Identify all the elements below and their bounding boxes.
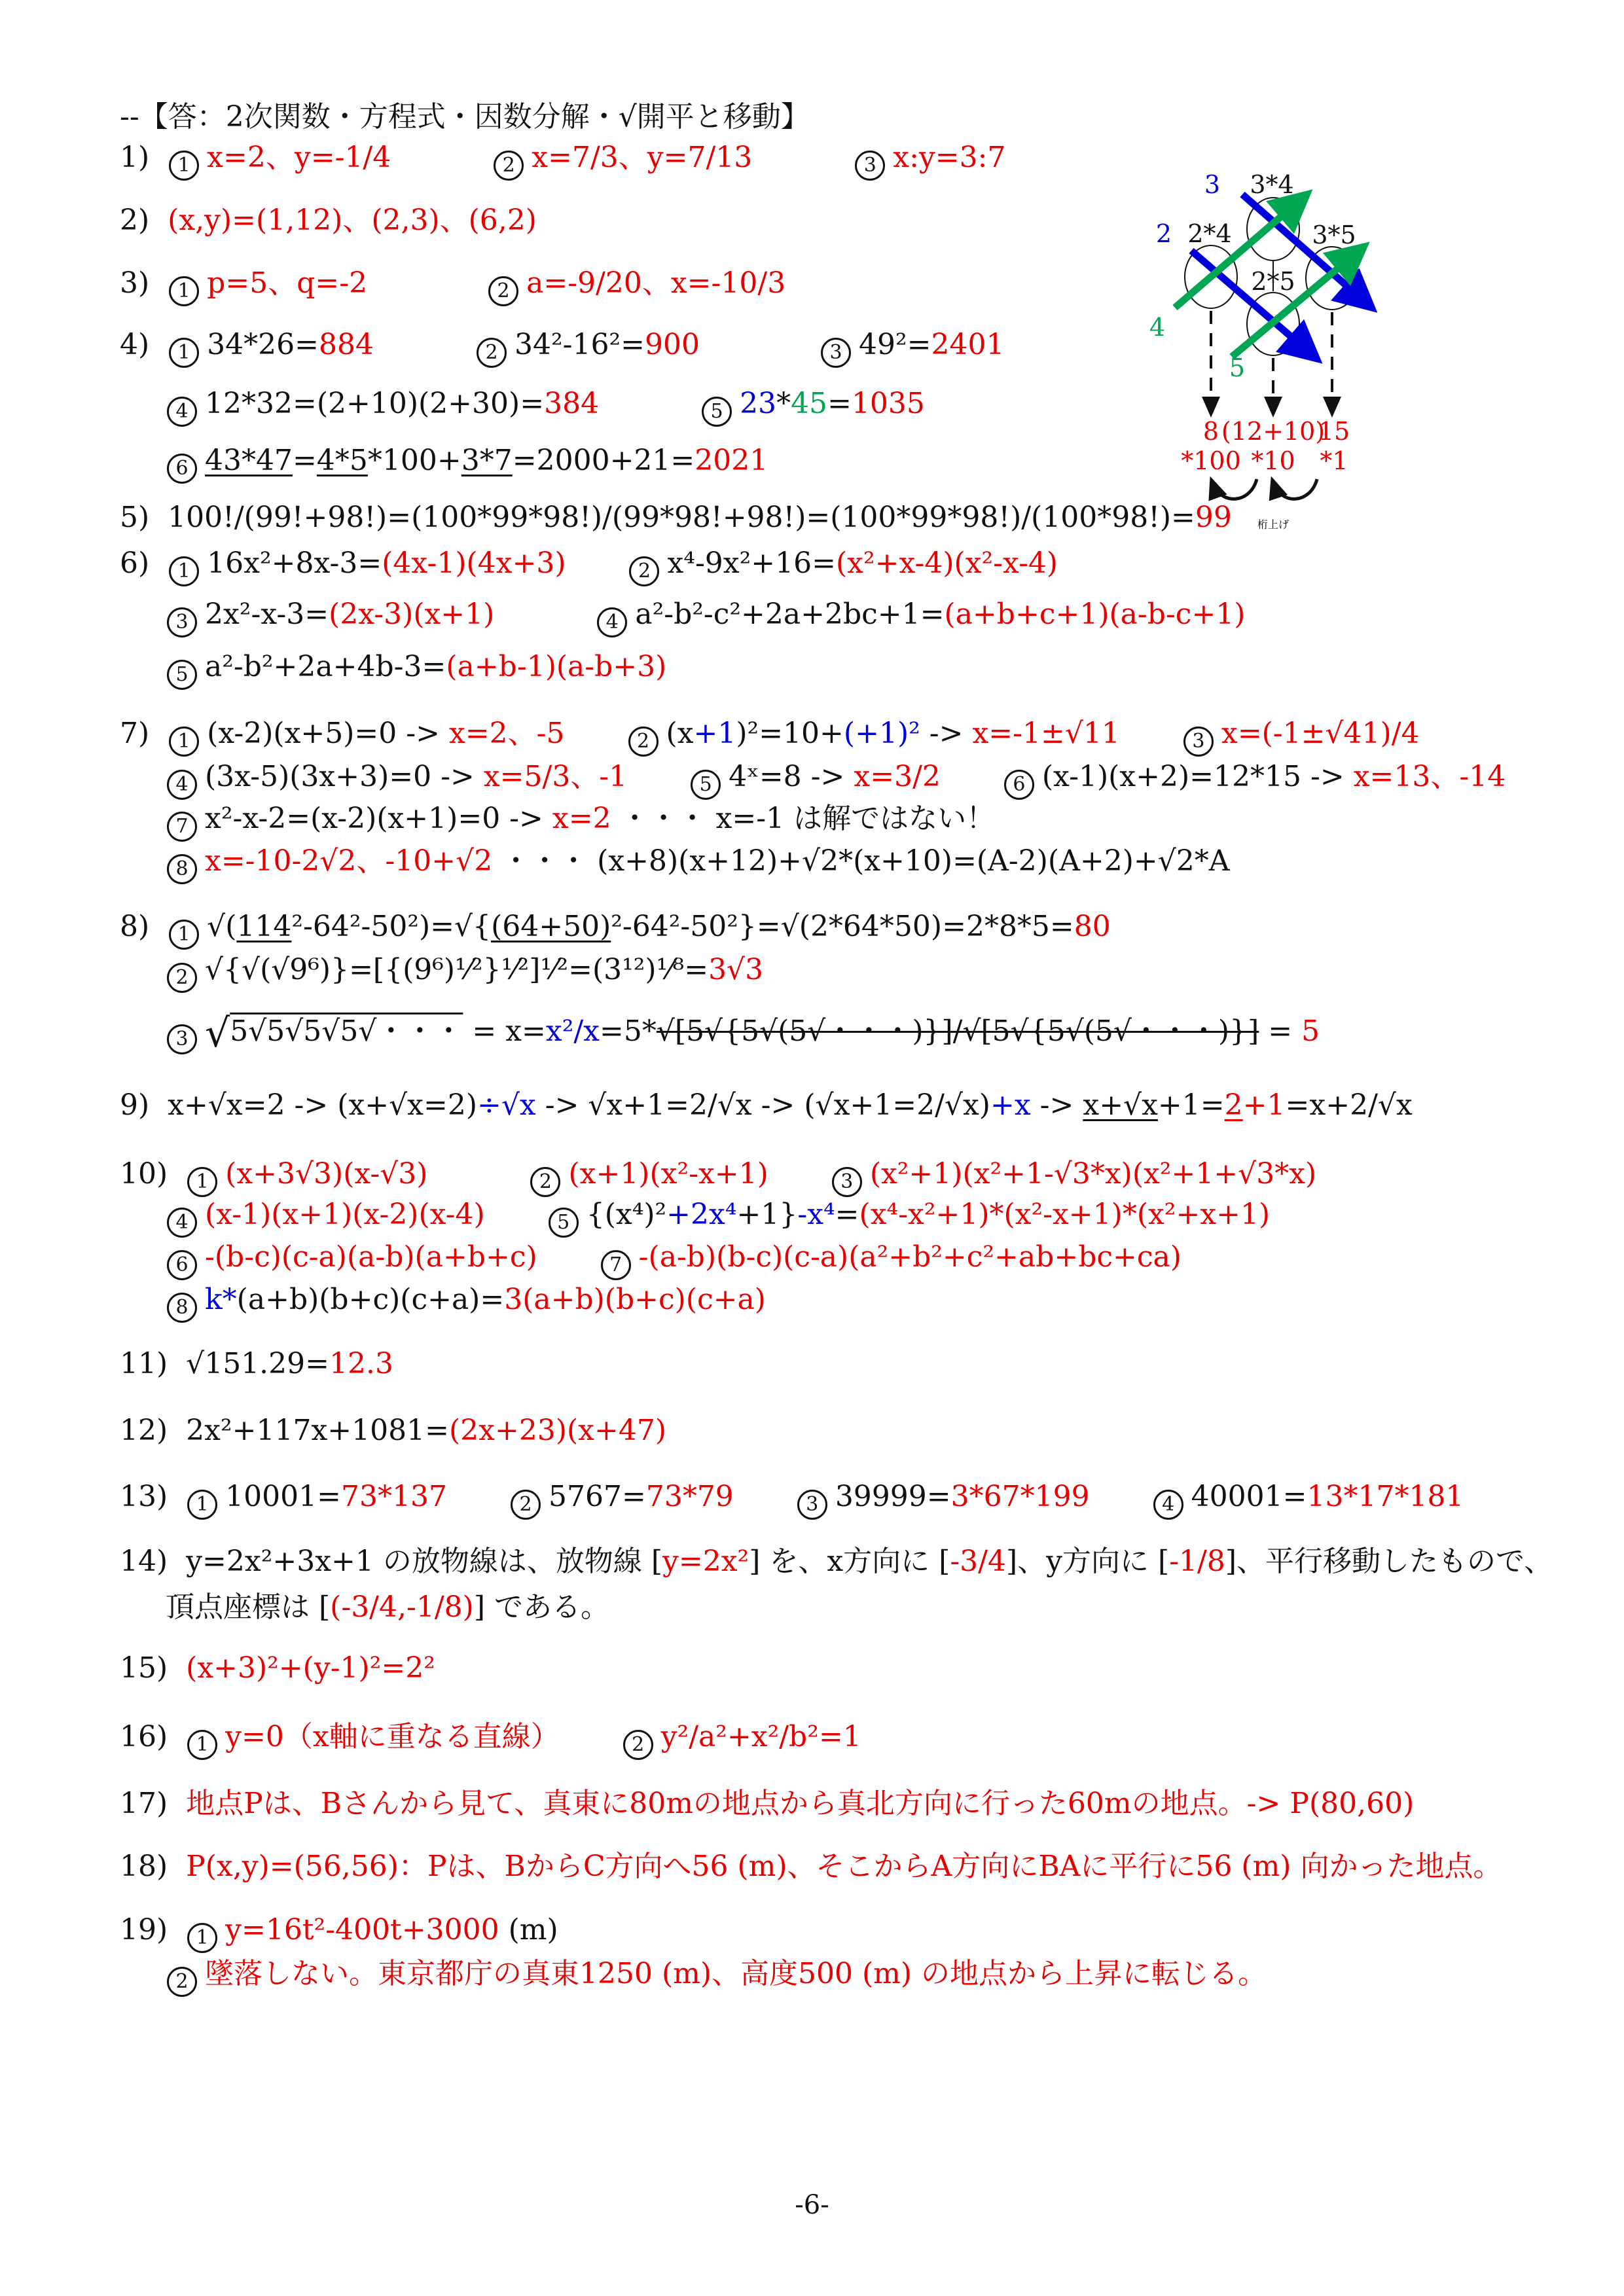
- diagram-blue-left-digit: 2: [1156, 219, 1172, 248]
- text-segment: *: [776, 387, 791, 420]
- circled-number: 1: [169, 151, 199, 181]
- circled-number: 2: [628, 726, 659, 757]
- circled-number: 2: [629, 556, 659, 586]
- text-segment: 1): [120, 141, 149, 174]
- circled-number: 1: [169, 338, 199, 368]
- answer-text: (x,y)=(1,12)、(2,3)、(6,2): [168, 204, 537, 237]
- text-segment: ²-64²-50²)=√{: [291, 910, 491, 943]
- text-segment: =x+2/√x: [1286, 1088, 1413, 1122]
- text-segment: =: [1259, 1014, 1301, 1048]
- circled-number: 2: [167, 1967, 197, 1997]
- answer-text: 3(a+b)(b+c)(c+a): [504, 1283, 766, 1316]
- diagram-blue-top-digit: 3: [1204, 170, 1220, 199]
- circled-number: 3: [167, 1024, 197, 1054]
- text-segment: 43*47: [205, 444, 293, 477]
- text-segment: ->: [920, 717, 973, 750]
- text-segment: 34*26=: [207, 328, 319, 361]
- text-segment: 7): [120, 717, 149, 750]
- answer-text: (a+b+c+1)(a-b-c+1): [945, 598, 1246, 631]
- text-segment: =: [827, 387, 852, 420]
- answer-row-15: 15)(x+3)²+(y-1)²=2²: [120, 1648, 435, 1689]
- answer-text: a=-9/20、x=-10/3: [526, 266, 785, 300]
- text-segment: +x: [990, 1088, 1031, 1122]
- carry-arrow-ones-to-tens: [1273, 479, 1317, 499]
- text-segment: 45: [791, 387, 827, 420]
- answer-row-9: 9)x+√x=2 -> (x+√x=2)÷√x -> √x+1=2/√x -> …: [120, 1085, 1413, 1126]
- answer-row-14: 14)y=2x²+3x+1 の放物線は、放物線 [y=2x²] を、x方向に […: [120, 1541, 1553, 1582]
- circled-number: 7: [601, 1250, 631, 1280]
- answer-text: 80: [1074, 910, 1111, 943]
- answer-text: 884: [319, 328, 374, 361]
- circled-number: 1: [169, 726, 199, 757]
- answer-text: x=2: [552, 802, 611, 835]
- answer-text: p=5、q=-2: [207, 266, 367, 300]
- circled-number: 2: [511, 1490, 541, 1520]
- answer-text: x=(-1±√41)/4: [1221, 717, 1420, 750]
- text-segment: √(: [207, 910, 236, 943]
- circled-number: 1: [187, 1923, 217, 1953]
- answer-text: x=3/2: [854, 760, 941, 793]
- answer-text: y=16t²-400t+3000: [225, 1913, 499, 1946]
- answer-text: 384: [544, 387, 599, 420]
- answer-text: 900: [645, 328, 700, 361]
- text-segment: 12*32=(2+10)(2+30)=: [205, 387, 544, 420]
- text-segment: x⁴-9x²+16=: [667, 547, 836, 580]
- answer-row-19: 2墜落しない。東京都庁の真東1250 (m)、高度500 (m) の地点から上昇…: [166, 1954, 1267, 1997]
- answer-text: x=-1±√11: [972, 717, 1119, 750]
- text-segment: 2): [120, 204, 149, 237]
- text-segment: 5): [120, 501, 149, 534]
- answer-text: -1/8: [1169, 1545, 1225, 1578]
- text-segment: ・・・ x=-1 は解ではない！: [611, 802, 996, 835]
- answer-text: -3/4: [950, 1545, 1006, 1578]
- circled-number: 6: [1004, 770, 1034, 800]
- answer-text: x=2、y=-1/4: [207, 141, 391, 174]
- answer-text: 12.3: [329, 1347, 393, 1380]
- text-segment: 2x²+117x+1081=: [186, 1414, 449, 1447]
- answer-text: 5: [1301, 1014, 1320, 1048]
- text-segment: 17): [120, 1787, 168, 1820]
- text-segment: -> √x+1=2/√x -> (√x+1=2/√x): [536, 1088, 990, 1122]
- answer-row-6: 5a²-b²+2a+4b-3=(a+b-1)(a-b+3): [166, 647, 666, 690]
- circled-number: 6: [167, 454, 197, 484]
- answer-text: +1: [1243, 1088, 1286, 1122]
- answer-text: P(x,y)=(56,56)：Pは、BからC方向へ56 (m)、そこからA方向に…: [186, 1850, 1502, 1883]
- answer-text: 地点Pは、Bさんから見て、真東に80mの地点から真北方向に行った60mの地点。-…: [186, 1787, 1414, 1820]
- text-segment: 3*7: [461, 444, 513, 477]
- answer-text: (a+b-1)(a-b+3): [446, 650, 666, 683]
- circled-number: 4: [167, 770, 197, 800]
- text-segment: ] である。: [474, 1590, 609, 1624]
- text-segment: =2000+21=: [513, 444, 695, 477]
- lattice-multiplication-diagram: 3 3*4 2 2*4 3*5 2*5 4 5 8 (12+10) 15 *10…: [1139, 160, 1506, 540]
- text-segment: 12): [120, 1414, 168, 1447]
- circled-number: 1: [187, 1730, 217, 1760]
- text-segment: 6): [120, 547, 149, 580]
- text-segment: 11): [120, 1347, 168, 1380]
- text-segment: ] を、x方向に [: [749, 1545, 950, 1578]
- text-segment: x+√x: [1083, 1088, 1158, 1122]
- text-segment: 3): [120, 266, 149, 300]
- circled-number: 1: [169, 920, 199, 950]
- text-segment: a²-b²-c²+2a+2bc+1=: [635, 598, 944, 631]
- diagram-place-hundreds: *100: [1181, 446, 1241, 475]
- text-segment: +1}: [736, 1198, 797, 1231]
- text-segment: 23: [740, 387, 776, 420]
- circled-number: 4: [1153, 1490, 1183, 1520]
- circled-number: 3: [167, 607, 197, 637]
- answer-text: y=2x²: [662, 1545, 749, 1578]
- text-segment: ]、平行移動したもので、: [1225, 1545, 1553, 1578]
- text-segment: +1: [694, 717, 736, 750]
- text-segment: +1=: [1158, 1088, 1225, 1122]
- text-segment: ²-64²-50²}=√(2*64*50)=2*8*5=: [611, 910, 1074, 943]
- answer-text: (x⁴-x²+1)*(x²-x+1)*(x²+x+1): [859, 1198, 1271, 1231]
- answer-text: (-3/4,-1/8): [330, 1590, 474, 1624]
- answer-row-6: 32x²-x-3=(2x-3)(x+1)4a²-b²-c²+2a+2bc+1=(…: [166, 594, 1245, 637]
- answer-text: x:y=3:7: [893, 141, 1005, 174]
- text-segment: 10001=: [225, 1480, 341, 1513]
- answer-row-18: 18)P(x,y)=(56,56)：Pは、BからC方向へ56 (m)、そこからA…: [120, 1846, 1502, 1887]
- text-segment: 5√5√5√5√・・・: [230, 1014, 463, 1048]
- text-segment: 4*5: [317, 444, 368, 477]
- answer-text: x=-10-2√2、-10+√2: [205, 844, 492, 878]
- answer-row-13: 13)110001=73*13725767=73*79339999=3*67*1…: [120, 1477, 1464, 1520]
- circled-number: 6: [167, 1250, 197, 1280]
- answer-row-4: 643*47=4*5*100+3*7=2000+21=2021: [166, 440, 768, 484]
- answer-row-10: 8k*(a+b)(b+c)(c+a)=3(a+b)(b+c)(c+a): [166, 1280, 766, 1323]
- diagram-place-ones: *1: [1320, 446, 1348, 475]
- answer-row-5: 5)100!/(99!+98!)=(100*99*98!)/(99*98!+98…: [120, 497, 1232, 538]
- text-segment: 15): [120, 1651, 168, 1685]
- text-segment: 頂点座標は [: [166, 1590, 330, 1624]
- text-segment: ]、y方向に [: [1006, 1545, 1169, 1578]
- answer-row-11: 11)√151.29=12.3: [120, 1344, 393, 1384]
- text-segment: = x=: [463, 1014, 546, 1048]
- text-segment: a²-b²+2a+4b-3=: [205, 650, 446, 683]
- circled-number: 2: [623, 1730, 653, 1760]
- circled-number: 4: [167, 1208, 197, 1238]
- text-segment: (+1)²: [844, 717, 920, 750]
- answer-row-4: 4)134*26=884234²-16²=900349²=2401: [120, 325, 1004, 368]
- answer-text: -(a-b)(b-c)(c-a)(a²+b²+c²+ab+bc+ca): [639, 1240, 1182, 1274]
- text-segment: (64+50): [491, 910, 611, 943]
- text-segment: 40001=: [1191, 1480, 1307, 1513]
- text-segment: (x-1)(x+2)=12*15 ->: [1042, 760, 1354, 793]
- answer-text: 3*67*199: [951, 1480, 1090, 1513]
- diagram-carry-label: 桁上げ: [1257, 518, 1289, 531]
- circled-number: 2: [167, 963, 197, 993]
- text-segment: √[5√{5√(5√・・・)}]/√[5√{5√(5√・・・)}]: [657, 1014, 1259, 1048]
- text-segment: {(x⁴)²: [586, 1198, 666, 1231]
- text-segment: 16x²+8x-3=: [207, 547, 382, 580]
- text-segment: 2x²-x-3=: [205, 598, 329, 631]
- answer-row-1: 1)1x=2、y=-1/42x=7/3、y=7/133x:y=3:7: [120, 137, 1005, 181]
- answer-text: 2401: [931, 328, 1004, 361]
- text-segment: 19): [120, 1913, 168, 1946]
- text-segment: 5767=: [549, 1480, 646, 1513]
- answer-text: 73*79: [646, 1480, 734, 1513]
- answer-text: (x+1)(x²-x+1): [568, 1157, 768, 1191]
- answer-row-14: 頂点座標は [(-3/4,-1/8)] である。: [166, 1587, 609, 1628]
- diagram-prod-left-label: 2*4: [1187, 219, 1231, 248]
- text-segment: 39999=: [835, 1480, 951, 1513]
- text-segment: ・・・ (x+8)(x+12)+√2*(x+10)=(A-2)(A+2)+√2*…: [492, 844, 1229, 878]
- text-segment: y=2x²+3x+1 の放物線は、放物線 [: [186, 1545, 662, 1578]
- answer-text: x=13、-14: [1354, 760, 1506, 793]
- answer-text: y=0（x軸に重なる直線）: [225, 1720, 560, 1753]
- text-segment: (m): [499, 1913, 558, 1946]
- answer-row-7: 4(3x-5)(3x+3)=0 -> x=5/3、-154ˣ=8 -> x=3/…: [166, 757, 1506, 800]
- answer-text: (2x+23)(x+47): [449, 1414, 666, 1447]
- answer-text: (x+3)²+(y-1)²=2²: [186, 1651, 435, 1685]
- text-segment: (x-2)(x+5)=0 ->: [207, 717, 449, 750]
- answer-row-7: 7)1(x-2)(x+5)=0 -> x=2、-52(x+1)²=10+(+1)…: [120, 713, 1420, 757]
- diagram-prod-top-label: 3*4: [1250, 170, 1293, 199]
- circled-number: 1: [187, 1490, 217, 1520]
- circled-number: 8: [167, 1293, 197, 1323]
- answer-row-10: 10)1(x+3√3)(x-√3)2(x+1)(x²-x+1)3(x²+1)(x…: [120, 1154, 1316, 1197]
- circled-number: 5: [691, 770, 721, 800]
- answer-row-8: 3√5√5√5√5√・・・ = x=x²/x=5*√[5√{5√(5√・・・)}…: [166, 1011, 1320, 1054]
- answer-text: (x-1)(x+1)(x-2)(x-4): [205, 1198, 485, 1231]
- answer-row-7: 7x²-x-2=(x-2)(x+1)=0 -> x=2 ・・・ x=-1 は解で…: [166, 798, 995, 842]
- text-segment: x+√x=2 -> (x+√x=2): [168, 1088, 477, 1122]
- answer-text: x=2、-5: [449, 717, 565, 750]
- diagram-green-bottom-digit: 5: [1229, 353, 1245, 382]
- text-segment: 10): [120, 1157, 168, 1191]
- answer-row-17: 17)地点Pは、Bさんから見て、真東に80mの地点から真北方向に行った60mの地…: [120, 1784, 1414, 1824]
- text-segment: √151.29=: [186, 1347, 329, 1380]
- answer-text: (x²+x-4)(x²-x-4): [836, 547, 1058, 580]
- answer-row-2: 2)(x,y)=(1,12)、(2,3)、(6,2): [120, 200, 537, 241]
- text-segment: x²/x: [546, 1014, 600, 1048]
- answer-text: x=7/3、y=7/13: [532, 141, 752, 174]
- answer-row-7: 8x=-10-2√2、-10+√2 ・・・ (x+8)(x+12)+√2*(x+…: [166, 841, 1230, 884]
- text-segment: 9): [120, 1088, 149, 1122]
- text-segment: 4ˣ=8 ->: [729, 760, 854, 793]
- circled-number: 2: [477, 338, 507, 368]
- answer-row-10: 6-(b-c)(c-a)(a-b)(a+b+c)7-(a-b)(b-c)(c-a…: [166, 1237, 1182, 1280]
- text-segment: =5*: [600, 1014, 657, 1048]
- circled-number: 3: [855, 151, 885, 181]
- diagram-prod-right-label: 3*5: [1312, 221, 1356, 249]
- circled-number: 4: [167, 397, 197, 427]
- diagram-prod-center-label: 2*5: [1251, 267, 1295, 296]
- answer-text: (x+3√3)(x-√3): [225, 1157, 427, 1191]
- circled-number: 1: [169, 276, 199, 306]
- answer-row-16: 16)1y=0（x軸に重なる直線）2y²/a²+x²/b²=1: [120, 1717, 861, 1760]
- circled-number: 2: [530, 1167, 560, 1197]
- circled-number: 4: [597, 607, 627, 637]
- text-segment: √{√(√9⁶)}=[{(9⁶)¹⁄²}¹⁄²]¹⁄²=(3¹²)¹⁄⁸=: [205, 953, 708, 986]
- answer-text: 2: [1225, 1088, 1243, 1122]
- answer-row-6: 6)116x²+8x-3=(4x-1)(4x+3)2x⁴-9x²+16=(x²+…: [120, 543, 1058, 586]
- circled-number: 7: [167, 812, 197, 842]
- diagram-green-left-digit: 4: [1149, 313, 1165, 342]
- answer-text: √: [205, 1011, 230, 1056]
- text-segment: 16): [120, 1720, 168, 1753]
- circled-number: 2: [488, 276, 518, 306]
- answer-text: y²/a²+x²/b²=1: [661, 1720, 861, 1753]
- answer-text: -(b-c)(c-a)(a-b)(a+b+c): [205, 1240, 537, 1274]
- circled-number: 3: [1183, 726, 1214, 757]
- text-segment: 49²=: [859, 328, 931, 361]
- diagram-place-tens: *10: [1251, 446, 1295, 475]
- circled-number: 5: [167, 660, 197, 690]
- answer-text: 2021: [695, 444, 768, 477]
- carry-arrow-tens-to-hundreds: [1212, 479, 1257, 499]
- answer-row-4: 412*32=(2+10)(2+30)=384523*45=1035: [166, 384, 925, 427]
- text-segment: =: [835, 1198, 859, 1231]
- answer-text: 73*137: [341, 1480, 447, 1513]
- answer-text: (2x-3)(x+1): [329, 598, 494, 631]
- circled-number: 1: [169, 556, 199, 586]
- text-segment: x²-x-2=(x-2)(x+1)=0 ->: [205, 802, 552, 835]
- circled-number: 1: [187, 1167, 217, 1197]
- answer-text: 1035: [852, 387, 925, 420]
- circled-number: 8: [167, 854, 197, 884]
- text-segment: 4): [120, 328, 149, 361]
- text-segment: 114: [236, 910, 291, 943]
- diagram-sum-ones: 15: [1318, 417, 1350, 446]
- answer-row-19: 19)1y=16t²-400t+3000 (m): [120, 1910, 558, 1953]
- text-segment: (3x-5)(3x+3)=0 ->: [205, 760, 484, 793]
- answer-text: 3√3: [708, 953, 763, 986]
- answer-row-12: 12)2x²+117x+1081=(2x+23)(x+47): [120, 1410, 666, 1451]
- document-page: --【答：2次関数・方程式・因数分解・√開平と移動】 1)1x=2、y=-1/4…: [0, 0, 1624, 2296]
- circled-number: 5: [702, 397, 732, 427]
- page-number: -6-: [0, 2185, 1624, 2225]
- circled-number: 3: [821, 338, 851, 368]
- text-segment: *100+: [368, 444, 461, 477]
- diagram-sum-tens: (12+10): [1221, 417, 1325, 446]
- answer-text: (x²+1)(x²+1-√3*x)(x²+1+√3*x): [870, 1157, 1316, 1191]
- text-segment: 14): [120, 1545, 168, 1578]
- circled-number: 2: [494, 151, 524, 181]
- answer-text: 13*17*181: [1307, 1480, 1464, 1513]
- text-segment: 18): [120, 1850, 168, 1883]
- page-title: --【答：2次関数・方程式・因数分解・√開平と移動】: [120, 97, 810, 137]
- text-segment: 100!/(99!+98!)=(100*99*98!)/(99*98!+98!)…: [168, 501, 1195, 534]
- circled-number: 3: [832, 1167, 862, 1197]
- answer-row-3: 3)1p=5、q=-22a=-9/20、x=-10/3: [120, 263, 785, 306]
- diagram-sum-hundreds: 8: [1203, 417, 1219, 446]
- text-segment: 34²-16²=: [514, 328, 645, 361]
- text-segment: -x⁴: [797, 1198, 835, 1231]
- text-segment: 8): [120, 910, 149, 943]
- text-segment: +2x⁴: [666, 1198, 736, 1231]
- circled-number: 5: [549, 1208, 579, 1238]
- answer-text: (4x-1)(4x+3): [382, 547, 566, 580]
- text-segment: (x: [666, 717, 694, 750]
- text-segment: (a+b)(b+c)(c+a)=: [237, 1283, 505, 1316]
- answer-row-10: 4(x-1)(x+1)(x-2)(x-4)5{(x⁴)²+2x⁴+1}-x⁴=(…: [166, 1194, 1270, 1238]
- answer-text: 墜落しない。東京都庁の真東1250 (m)、高度500 (m) の地点から上昇に…: [205, 1957, 1267, 1990]
- text-segment: 13): [120, 1480, 168, 1513]
- circled-number: 3: [797, 1490, 827, 1520]
- answer-text: x=5/3、-1: [484, 760, 627, 793]
- text-segment: =: [293, 444, 317, 477]
- answer-row-8: 8)1√(114²-64²-50²)=√{(64+50)²-64²-50²}=√…: [120, 906, 1111, 950]
- answer-row-8: 2√{√(√9⁶)}=[{(9⁶)¹⁄²}¹⁄²]¹⁄²=(3¹²)¹⁄⁸=3√…: [166, 950, 763, 993]
- text-segment: k*: [205, 1283, 237, 1316]
- text-segment: ÷√x: [477, 1088, 536, 1122]
- text-segment: )²=10+: [736, 717, 844, 750]
- text-segment: ->: [1031, 1088, 1083, 1122]
